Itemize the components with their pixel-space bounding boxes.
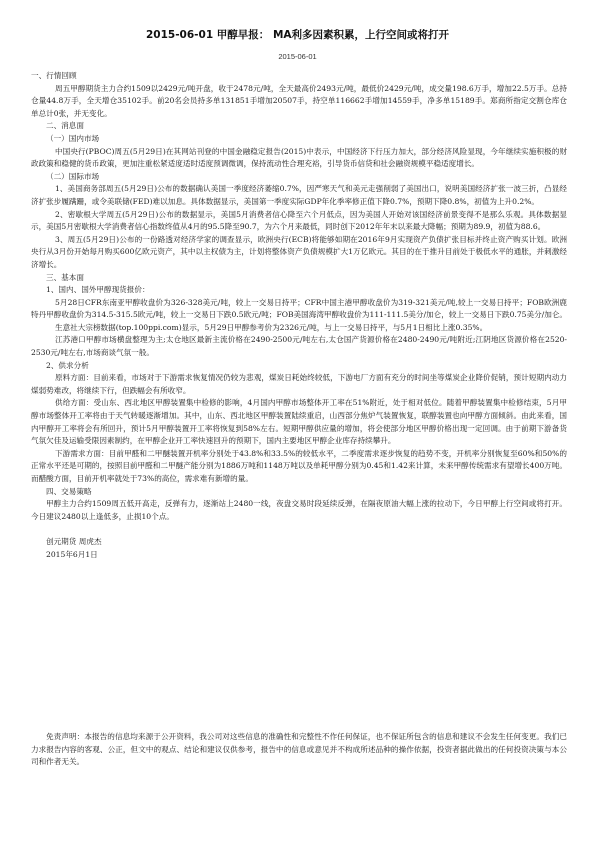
paragraph-raw-materials: 原料方面：目前来看，市场对于下游需求恢复情况仍较为悲观，煤炭日耗始终较低，下游电… <box>31 372 567 397</box>
paragraph-intl-news-2: 2、密歇根大学周五(5月29日)公布的数据显示，美国5月消费者信心降至六个月低点… <box>31 209 567 234</box>
paragraph-intl-news-1: 1、美国商务部周五(5月29日)公布的数据确认美国一季度经济萎缩0.7%，因严寒… <box>31 183 567 208</box>
section-heading-market-review: 一、行情回顾 <box>31 70 567 83</box>
section-heading-fundamentals: 三、基本面 <box>31 272 567 285</box>
paragraph-spot-prices-3: 江苏港口甲醇市场横盘整理为主;太仓地区最新主流价格在2490-2500元/吨左右… <box>31 334 567 359</box>
paragraph-strategy: 甲醇主力合约1509周五低开高走，反弹有力，逐渐站上2480一线，夜盘交易时段延… <box>31 498 567 523</box>
paragraph-intl-news-3: 3、周五(5月29日)公布的一份路透对经济学家的调查显示，欧洲央行(ECB)将能… <box>31 234 567 272</box>
section-heading-strategy: 四、交易策略 <box>31 486 567 499</box>
paragraph-domestic-news: 中国央行(PBOC)周五(5月29日)在其网站刊登的中国金融稳定报告(2015)… <box>31 146 567 171</box>
paragraph-market-review: 周五甲醇期货主力合约1509以2429元/吨开盘，收于2478元/吨，全天最高价… <box>31 83 567 121</box>
paragraph-downstream-demand: 下游需求方面：目前甲醛和二甲醚装置开机率分别处于43.8%和33.5%的较低水平… <box>31 448 567 486</box>
subheading-domestic-market: （一）国内市场 <box>31 133 567 146</box>
report-body: 一、行情回顾 周五甲醇期货主力合约1509以2429元/吨开盘，收于2478元/… <box>31 70 567 561</box>
section-heading-news: 二、消息面 <box>31 120 567 133</box>
disclaimer: 免责声明：本报告的信息均来源于公开资料，我公司对这些信息的准确性和完整性不作任何… <box>31 731 567 769</box>
paragraph-supply: 供给方面：受山东、西北地区甲醇装置集中检修的影响，4月国内甲醇市场整体开工率在5… <box>31 397 567 447</box>
report-date: 2015-06-01 <box>0 52 595 61</box>
subheading-international-market: （二）国际市场 <box>31 171 567 184</box>
signature-author: 创元期货 周虎杰 <box>31 536 567 549</box>
signature-date: 2015年6月1日 <box>31 549 567 562</box>
paragraph-spot-prices-1: 5月28日CFR东南亚甲醇收盘价为326-328美元/吨，较上一交易日持平；CF… <box>31 297 567 322</box>
subheading-supply-demand: 2、供求分析 <box>31 360 567 373</box>
paragraph-spot-prices-2: 生意社大宗榜数据(top.100ppi.com)显示，5月29日甲醇参考价为23… <box>31 322 567 335</box>
report-title: 2015-06-01 甲醇早报： MA利多因素积累，上行空间或将打开 <box>0 27 595 42</box>
subheading-spot-prices: 1、国内、国外甲醇现货报价： <box>31 284 567 297</box>
